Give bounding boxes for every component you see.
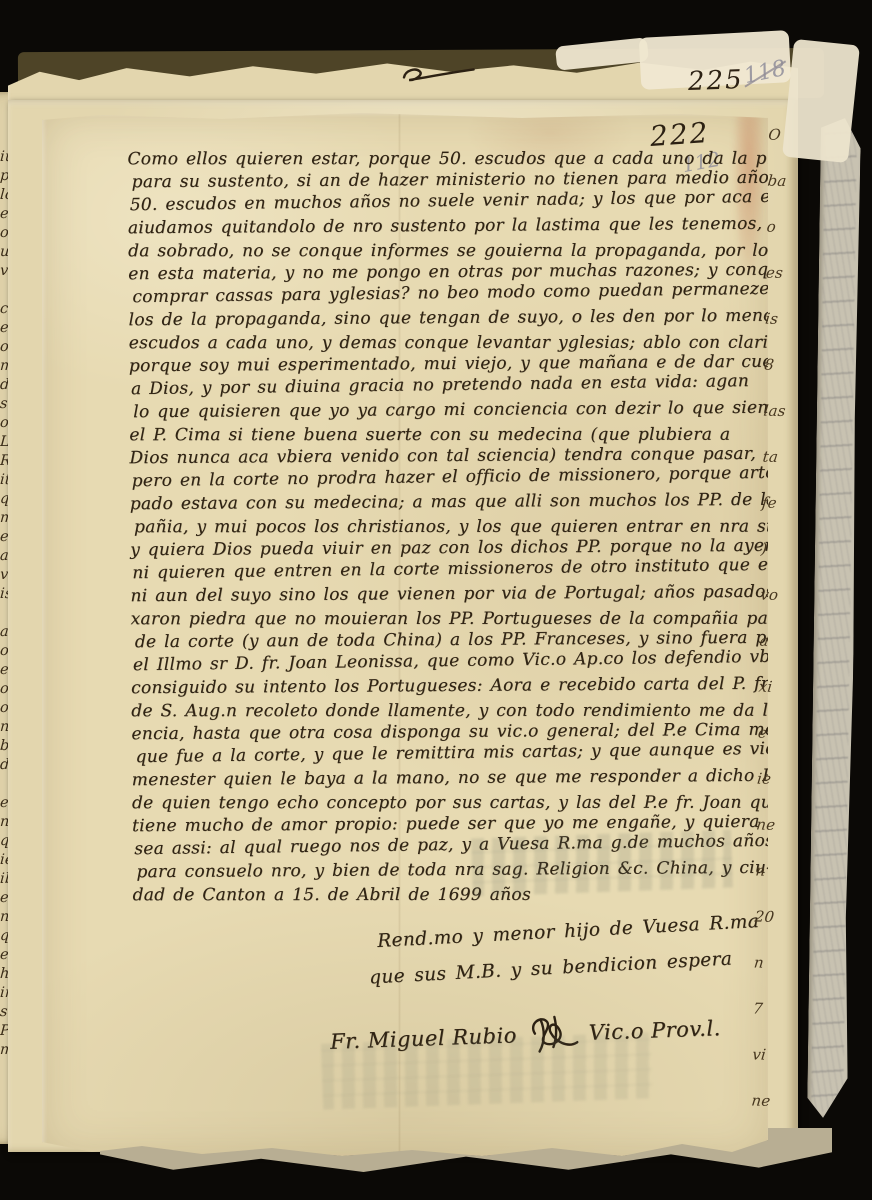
letter-line: escudos a cada uno, y demas conque levan… <box>129 332 769 356</box>
manuscript-scan: iung.ptosloNoesta Cao podianuchavas Co=c… <box>0 0 872 1200</box>
text-fragment: las <box>761 388 812 435</box>
letter-line: ni aun del suyo sino los que vienen por … <box>130 581 770 608</box>
text-fragment: fe <box>760 480 811 527</box>
text-fragment: ba <box>765 158 816 205</box>
text-fragment: e <box>756 710 807 757</box>
text-fragment: 20 <box>752 894 803 941</box>
text-fragment: n <box>752 940 803 987</box>
text-fragment: ) <box>759 526 810 573</box>
text-fragment: is <box>763 296 814 343</box>
text-fragment: ta <box>760 434 811 481</box>
letter-line: consiguido su intento los Portugueses: A… <box>131 673 771 700</box>
text-fragment: o <box>764 204 815 251</box>
faint-scribble-texture <box>811 124 857 1112</box>
text-fragment: ne <box>754 802 805 849</box>
letter-page: 222 112 Como ellos quieren estar, porque… <box>42 112 768 1156</box>
letter-line: lo que quisieren que yo ya cargo mi conc… <box>133 397 769 424</box>
right-page-edge-strip <box>807 118 861 1118</box>
text-fragment: O <box>766 112 817 159</box>
ink-bleedthrough-smudge <box>471 829 733 896</box>
letter-body: Como ellos quieren estar, porque 50. esc… <box>127 144 772 907</box>
letter-closing: Rend.mo y menor hijo de Vuesa R.maque su… <box>376 904 762 996</box>
text-fragment: a <box>757 618 808 665</box>
letter-line: da sobrado, no se conque informes se gou… <box>128 240 768 264</box>
ink-bleedthrough-smudge <box>321 1032 653 1109</box>
letter-line: los de la propaganda, sino que tengan de… <box>128 305 768 332</box>
text-fragment: es <box>764 250 815 297</box>
text-fragment: ie <box>755 756 806 803</box>
letter-line: de S. Aug.n recoleto donde llamente, y c… <box>131 700 771 724</box>
text-fragment: vo <box>758 572 809 619</box>
text-fragment: 7 <box>751 986 802 1033</box>
letter-line: el P. Cima si tiene buena suerte con su … <box>129 424 769 448</box>
letter-line: de quien tengo echo concepto por sus car… <box>132 792 772 816</box>
letter-line: aiudamos quitandolo de nro sustento por … <box>128 213 768 240</box>
letter-line: pado estava con su medecina; a mas que a… <box>130 489 770 516</box>
text-fragment: n <box>753 848 804 895</box>
text-fragment: ne <box>749 1078 800 1125</box>
text-fragment: xi <box>756 664 807 711</box>
letter-line: Como ellos quieren estar, porque 50. esc… <box>127 148 767 172</box>
letter-line: xaron piedra que no mouieran los PP. Por… <box>131 608 771 632</box>
folio-number-225: 225 <box>687 65 744 97</box>
letter-line: menester quien le baya a la mano, no se … <box>132 765 772 792</box>
letter-line: pañia, y mui pocos los christianos, y lo… <box>134 516 770 540</box>
pen-flourish-mark <box>395 59 481 93</box>
text-fragment: 8 <box>762 342 813 389</box>
text-fragment: vi <box>750 1032 801 1079</box>
